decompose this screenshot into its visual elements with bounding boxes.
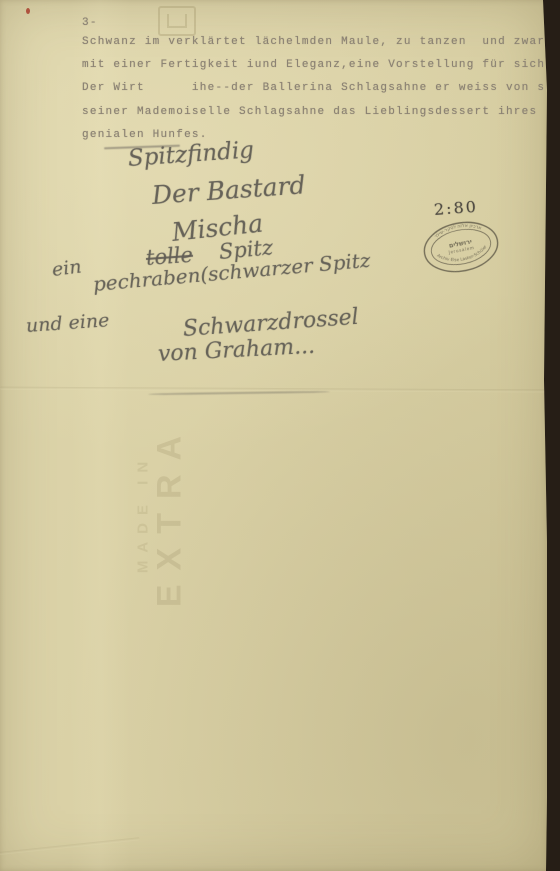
watermark-emblem-shape [167,14,187,28]
typed-line: mit einer Fertigkeit iund Eleganz,eine V… [82,54,547,77]
watermark-text-made-in: MADE IN [135,404,152,624]
ink-speck [26,8,30,14]
pencil-note: von Graham... [157,334,315,367]
typed-text-block: Schwanz im verklärtet lächelmden Maule, … [82,31,547,147]
typed-line: seiner Mademoiselle Schlagsahne das Lieb… [82,101,547,124]
typed-line: Schwanz im verklärtet lächelmden Maule, … [82,31,547,54]
pencil-note: ein [51,255,83,280]
archive-stamp: ארכיון אלזה לסקר-שילר ירושלים Jerusalem … [416,212,505,282]
typed-line: Der Wirt ihe--der Ballerina Schlagsahne … [82,77,547,100]
pencil-line [148,391,330,396]
watermark-text-extra: EXTRA [151,380,190,650]
manuscript-page: EXTRA MADE IN 3- Schwanz im verklärtet l… [0,0,547,871]
pencil-note: Der Bastard [151,170,306,210]
